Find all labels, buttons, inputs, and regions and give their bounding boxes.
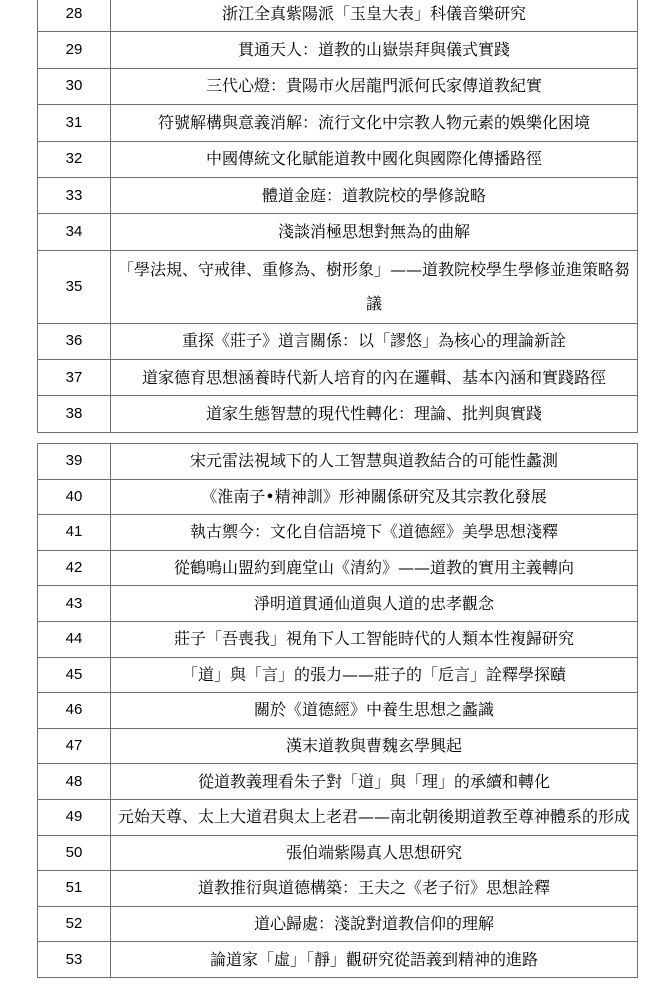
row-number: 53 (38, 942, 111, 978)
table-row: 45「道」與「言」的張力——莊子的「卮言」詮釋學探賾 (38, 657, 638, 693)
table-row: 38道家生態智慧的現代性轉化：理論、批判與實踐 (38, 396, 638, 432)
table-row: 47漢末道教與曹魏玄學興起 (38, 728, 638, 764)
paper-title: 張伯端紫陽真人思想研究 (111, 835, 638, 871)
table-row: 51道教推衍與道德構築：王夫之《老子衍》思想詮釋 (38, 871, 638, 907)
paper-title: 重探《莊子》道言關係：以「謬悠」為核心的理論新詮 (111, 323, 638, 359)
paper-title: 執古禦今：文化自信語境下《道德經》美學思想淺釋 (111, 515, 638, 551)
row-number: 41 (38, 515, 111, 551)
paper-title: 符號解構與意義消解：流行文化中宗教人物元素的娛樂化困境 (111, 105, 638, 141)
paper-title: 《淮南子•精神訓》形神關係研究及其宗教化發展 (111, 479, 638, 515)
paper-title: 「道」與「言」的張力——莊子的「卮言」詮釋學探賾 (111, 657, 638, 693)
row-number: 31 (38, 105, 111, 141)
paper-title: 淺談消極思想對無為的曲解 (111, 214, 638, 250)
paper-title: 「學法規、守戒律、重修為、樹形象」——道教院校學生學修並進策略芻議 (111, 250, 638, 323)
papers-table-upper: 28浙江全真紫陽派「玉皇大表」科儀音樂研究29貫通天人：道教的山嶽崇拜與儀式實踐… (37, 0, 638, 433)
table-row: 43淨明道貫通仙道與人道的忠孝觀念 (38, 586, 638, 622)
paper-title: 莊子「吾喪我」視角下人工智能時代的人類本性複歸研究 (111, 621, 638, 657)
table-row: 31符號解構與意義消解：流行文化中宗教人物元素的娛樂化困境 (38, 105, 638, 141)
row-number: 35 (38, 250, 111, 323)
row-number: 46 (38, 693, 111, 729)
table-row: 28浙江全真紫陽派「玉皇大表」科儀音樂研究 (38, 0, 638, 32)
row-number: 36 (38, 323, 111, 359)
table-row: 33體道金庭：道教院校的學修說略 (38, 177, 638, 213)
paper-title: 貫通天人：道教的山嶽崇拜與儀式實踐 (111, 32, 638, 68)
row-number: 28 (38, 0, 111, 32)
row-number: 39 (38, 444, 111, 480)
paper-title: 關於《道德經》中養生思想之蠡識 (111, 693, 638, 729)
paper-title: 浙江全真紫陽派「玉皇大表」科儀音樂研究 (111, 0, 638, 32)
row-number: 32 (38, 141, 111, 177)
table-row: 34淺談消極思想對無為的曲解 (38, 214, 638, 250)
row-number: 42 (38, 550, 111, 586)
paper-title: 道心歸處：淺說對道教信仰的理解 (111, 906, 638, 942)
table-row: 40《淮南子•精神訓》形神關係研究及其宗教化發展 (38, 479, 638, 515)
paper-title: 從鶴鳴山盟約到鹿堂山《清約》——道教的實用主義轉向 (111, 550, 638, 586)
row-number: 47 (38, 728, 111, 764)
row-number: 33 (38, 177, 111, 213)
row-number: 49 (38, 799, 111, 835)
row-number: 37 (38, 359, 111, 395)
paper-title: 道家生態智慧的現代性轉化：理論、批判與實踐 (111, 396, 638, 432)
papers-table-lower: 39宋元雷法視域下的人工智慧與道教結合的可能性蠡測40《淮南子•精神訓》形神關係… (37, 443, 638, 978)
paper-title: 道教推衍與道德構築：王夫之《老子衍》思想詮釋 (111, 871, 638, 907)
row-number: 51 (38, 871, 111, 907)
paper-title: 三代心燈：貴陽市火居龍門派何氏家傳道教紀實 (111, 68, 638, 104)
table-row: 42從鶴鳴山盟約到鹿堂山《清約》——道教的實用主義轉向 (38, 550, 638, 586)
row-number: 43 (38, 586, 111, 622)
table-row: 35「學法規、守戒律、重修為、樹形象」——道教院校學生學修並進策略芻議 (38, 250, 638, 323)
table-row: 53論道家「虛」「靜」觀研究從語義到精神的進路 (38, 942, 638, 978)
table-row: 52道心歸處：淺說對道教信仰的理解 (38, 906, 638, 942)
row-number: 44 (38, 621, 111, 657)
paper-title: 道家德育思想涵養時代新人培育的內在邏輯、基本內涵和實踐路徑 (111, 359, 638, 395)
table-row: 37道家德育思想涵養時代新人培育的內在邏輯、基本內涵和實踐路徑 (38, 359, 638, 395)
row-number: 30 (38, 68, 111, 104)
paper-title: 從道教義理看朱子對「道」與「理」的承續和轉化 (111, 764, 638, 800)
paper-title: 元始天尊、太上大道君與太上老君——南北朝後期道教至尊神體系的形成 (111, 799, 638, 835)
paper-title: 淨明道貫通仙道與人道的忠孝觀念 (111, 586, 638, 622)
table-row: 44莊子「吾喪我」視角下人工智能時代的人類本性複歸研究 (38, 621, 638, 657)
paper-title: 宋元雷法視域下的人工智慧與道教結合的可能性蠡測 (111, 444, 638, 480)
table-row: 46關於《道德經》中養生思想之蠡識 (38, 693, 638, 729)
table-row: 39宋元雷法視域下的人工智慧與道教結合的可能性蠡測 (38, 444, 638, 480)
table-row: 32中國傳統文化賦能道教中國化與國際化傳播路徑 (38, 141, 638, 177)
document-page: 28浙江全真紫陽派「玉皇大表」科儀音樂研究29貫通天人：道教的山嶽崇拜與儀式實踐… (0, 0, 672, 1004)
row-number: 34 (38, 214, 111, 250)
table-row: 48從道教義理看朱子對「道」與「理」的承續和轉化 (38, 764, 638, 800)
row-number: 45 (38, 657, 111, 693)
row-number: 29 (38, 32, 111, 68)
table-row: 36重探《莊子》道言關係：以「謬悠」為核心的理論新詮 (38, 323, 638, 359)
row-number: 38 (38, 396, 111, 432)
row-number: 52 (38, 906, 111, 942)
table-row: 30三代心燈：貴陽市火居龍門派何氏家傳道教紀實 (38, 68, 638, 104)
paper-title: 體道金庭：道教院校的學修說略 (111, 177, 638, 213)
table-row: 49元始天尊、太上大道君與太上老君——南北朝後期道教至尊神體系的形成 (38, 799, 638, 835)
paper-title: 論道家「虛」「靜」觀研究從語義到精神的進路 (111, 942, 638, 978)
paper-title: 漢末道教與曹魏玄學興起 (111, 728, 638, 764)
table-row: 29貫通天人：道教的山嶽崇拜與儀式實踐 (38, 32, 638, 68)
table-row: 41執古禦今：文化自信語境下《道德經》美學思想淺釋 (38, 515, 638, 551)
paper-title: 中國傳統文化賦能道教中國化與國際化傳播路徑 (111, 141, 638, 177)
row-number: 50 (38, 835, 111, 871)
row-number: 48 (38, 764, 111, 800)
table-row: 50張伯端紫陽真人思想研究 (38, 835, 638, 871)
row-number: 40 (38, 479, 111, 515)
